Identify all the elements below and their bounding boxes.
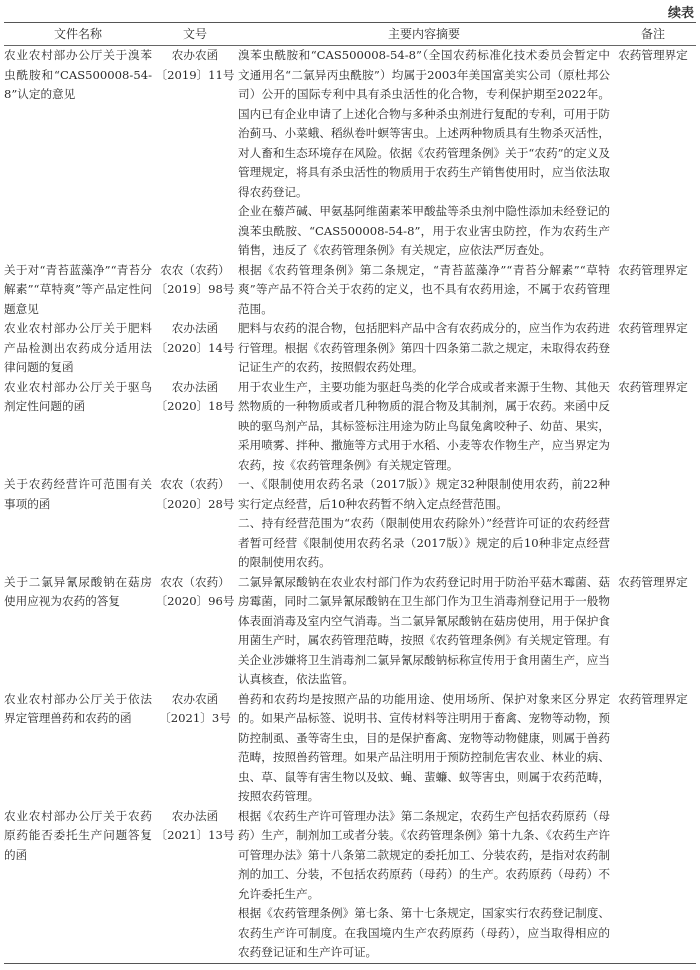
- header-document-number: 文号: [152, 23, 238, 46]
- document-number: 农办法函〔2020〕14号: [152, 319, 238, 378]
- summary-paragraph: 根据《农药管理条例》第七条、第十七条规定，国家实行农药登记制度、农药生产许可制度…: [238, 904, 610, 963]
- issuer-code: 农农（农药）: [152, 261, 238, 281]
- summary: 根据《农药生产许可管理办法》第二条规定，农药生产包括农药原药（母药）生产，制剂加…: [238, 807, 610, 964]
- summary: 一、《限制使用农药名录（2017版）》规定32种限制使用农药，前22种实行定点经…: [238, 475, 610, 573]
- document-name: 农业农村部办公厅关于农药原药能否委托生产问题答复的函: [4, 807, 152, 964]
- serial-number: 〔2020〕28号: [152, 495, 238, 515]
- serial-number: 〔2021〕3号: [152, 709, 238, 729]
- summary-paragraph: 兽药和农药均是按照产品的功能用途、使用场所、保护对象来区分界定的。如果产品标签、…: [238, 690, 610, 807]
- summary-paragraph: 根据《农药管理条例》第二条规定，“青苔蓝藻净”“青苔分解素”“草特爽”等产品不符…: [238, 261, 610, 320]
- remarks: 农药管理界定: [610, 690, 696, 807]
- summary: 根据《农药管理条例》第二条规定，“青苔蓝藻净”“青苔分解素”“草特爽”等产品不符…: [238, 261, 610, 320]
- document-number: 农办农函〔2019〕11号: [152, 46, 238, 261]
- table-row: 农业农村部办公厅关于驱鸟剂定性问题的函 农办法函〔2020〕18号 用于农业生产…: [4, 378, 696, 476]
- document-name: 农业农村部办公厅关于驱鸟剂定性问题的函: [4, 378, 152, 476]
- issuer-code: 农办法函: [152, 378, 238, 398]
- serial-number: 〔2020〕18号: [152, 397, 238, 417]
- header-document-name: 文件名称: [4, 23, 152, 46]
- summary: 兽药和农药均是按照产品的功能用途、使用场所、保护对象来区分界定的。如果产品标签、…: [238, 690, 610, 807]
- document-number: 农办农函〔2021〕3号: [152, 690, 238, 807]
- summary-paragraph: 溴苯虫酰胺和“CAS500008-54-8”（全国农药标准化技术委员会暂定中文通…: [238, 46, 610, 202]
- issuer-code: 农办法函: [152, 807, 238, 827]
- serial-number: 〔2019〕11号: [152, 66, 238, 86]
- summary-paragraph: 肥料与农药的混合物，包括肥料产品中含有农药成分的，应当作为农药进行管理。根据《农…: [238, 319, 610, 378]
- serial-number: 〔2020〕14号: [152, 339, 238, 359]
- table-row: 关于对“青苔蓝藻净”“青苔分解素”“草特爽”等产品定性问题意见 农农（农药）〔2…: [4, 261, 696, 320]
- serial-number: 〔2020〕96号: [152, 592, 238, 612]
- regulation-documents-table: 文件名称 文号 主要内容摘要 备注 农业农村部办公厅关于溴苯虫酰胺和“CAS50…: [4, 22, 696, 964]
- remarks: 农药管理界定: [610, 573, 696, 690]
- document-number: 农办法函〔2020〕18号: [152, 378, 238, 476]
- summary: 肥料与农药的混合物，包括肥料产品中含有农药成分的，应当作为农药进行管理。根据《农…: [238, 319, 610, 378]
- summary-paragraph: 根据《农药生产许可管理办法》第二条规定，农药生产包括农药原药（母药）生产，制剂加…: [238, 807, 610, 905]
- summary-paragraph: 二、持有经营范围为“农药（限制使用农药除外）”经营许可证的农药经营者暂可经营《限…: [238, 514, 610, 573]
- continued-table-label: 续表: [668, 2, 694, 21]
- summary-paragraph: 用于农业生产，主要功能为驱赶鸟类的化学合成或者来源于生物、其他天然物质的一种物质…: [238, 378, 610, 476]
- issuer-code: 农办农函: [152, 46, 238, 66]
- issuer-code: 农农（农药）: [152, 475, 238, 495]
- document-number: 农农（农药）〔2020〕96号: [152, 573, 238, 690]
- serial-number: 〔2019〕98号: [152, 280, 238, 300]
- document-number: 农农（农药）〔2020〕28号: [152, 475, 238, 573]
- table-row: 农业农村部办公厅关于农药原药能否委托生产问题答复的函 农办法函〔2021〕13号…: [4, 807, 696, 964]
- remarks: 农药管理界定: [610, 378, 696, 476]
- document-number: 农办法函〔2021〕13号: [152, 807, 238, 964]
- remarks: 农药管理界定: [610, 319, 696, 378]
- summary: 二氯异氰尿酸钠在农业农村部门作为农药登记时用于防治平菇木霉菌、菇房霉菌，同时二氯…: [238, 573, 610, 690]
- document-name: 关于对“青苔蓝藻净”“青苔分解素”“草特爽”等产品定性问题意见: [4, 261, 152, 320]
- remarks: 农药管理界定: [610, 261, 696, 320]
- document-name: 农业农村部办公厅关于依法界定管理兽药和农药的函: [4, 690, 152, 807]
- header-remarks: 备注: [610, 23, 696, 46]
- document-name: 关于二氯异氰尿酸钠在菇房使用应视为农药的答复: [4, 573, 152, 690]
- summary-paragraph: 二氯异氰尿酸钠在农业农村部门作为农药登记时用于防治平菇木霉菌、菇房霉菌，同时二氯…: [238, 573, 610, 690]
- remarks: [610, 807, 696, 964]
- issuer-code: 农农（农药）: [152, 573, 238, 593]
- remarks: 农药管理界定: [610, 46, 696, 261]
- table-row: 农业农村部办公厅关于肥料产品检测出农药成分适用法律问题的复函 农办法函〔2020…: [4, 319, 696, 378]
- table-row: 关于二氯异氰尿酸钠在菇房使用应视为农药的答复 农农（农药）〔2020〕96号 二…: [4, 573, 696, 690]
- summary-paragraph: 企业在藜芦碱、甲氨基阿维菌素苯甲酸盐等杀虫剂中隐性添加未经登记的溴苯虫酰胺、“C…: [238, 202, 610, 261]
- document-number: 农农（农药）〔2019〕98号: [152, 261, 238, 320]
- document-name: 关于农药经营许可范围有关事项的函: [4, 475, 152, 573]
- document-name: 农业农村部办公厅关于肥料产品检测出农药成分适用法律问题的复函: [4, 319, 152, 378]
- issuer-code: 农办法函: [152, 319, 238, 339]
- serial-number: 〔2021〕13号: [152, 826, 238, 846]
- table-header-row: 文件名称 文号 主要内容摘要 备注: [4, 23, 696, 46]
- document-name: 农业农村部办公厅关于溴苯虫酰胺和“CAS500008-54-8”认定的意见: [4, 46, 152, 261]
- remarks: [610, 475, 696, 573]
- table-row: 农业农村部办公厅关于溴苯虫酰胺和“CAS500008-54-8”认定的意见 农办…: [4, 46, 696, 261]
- table-row: 农业农村部办公厅关于依法界定管理兽药和农药的函 农办农函〔2021〕3号 兽药和…: [4, 690, 696, 807]
- header-summary: 主要内容摘要: [238, 23, 610, 46]
- table-row: 关于农药经营许可范围有关事项的函 农农（农药）〔2020〕28号 一、《限制使用…: [4, 475, 696, 573]
- summary-paragraph: 一、《限制使用农药名录（2017版）》规定32种限制使用农药，前22种实行定点经…: [238, 475, 610, 514]
- summary: 溴苯虫酰胺和“CAS500008-54-8”（全国农药标准化技术委员会暂定中文通…: [238, 46, 610, 261]
- summary: 用于农业生产，主要功能为驱赶鸟类的化学合成或者来源于生物、其他天然物质的一种物质…: [238, 378, 610, 476]
- issuer-code: 农办农函: [152, 690, 238, 710]
